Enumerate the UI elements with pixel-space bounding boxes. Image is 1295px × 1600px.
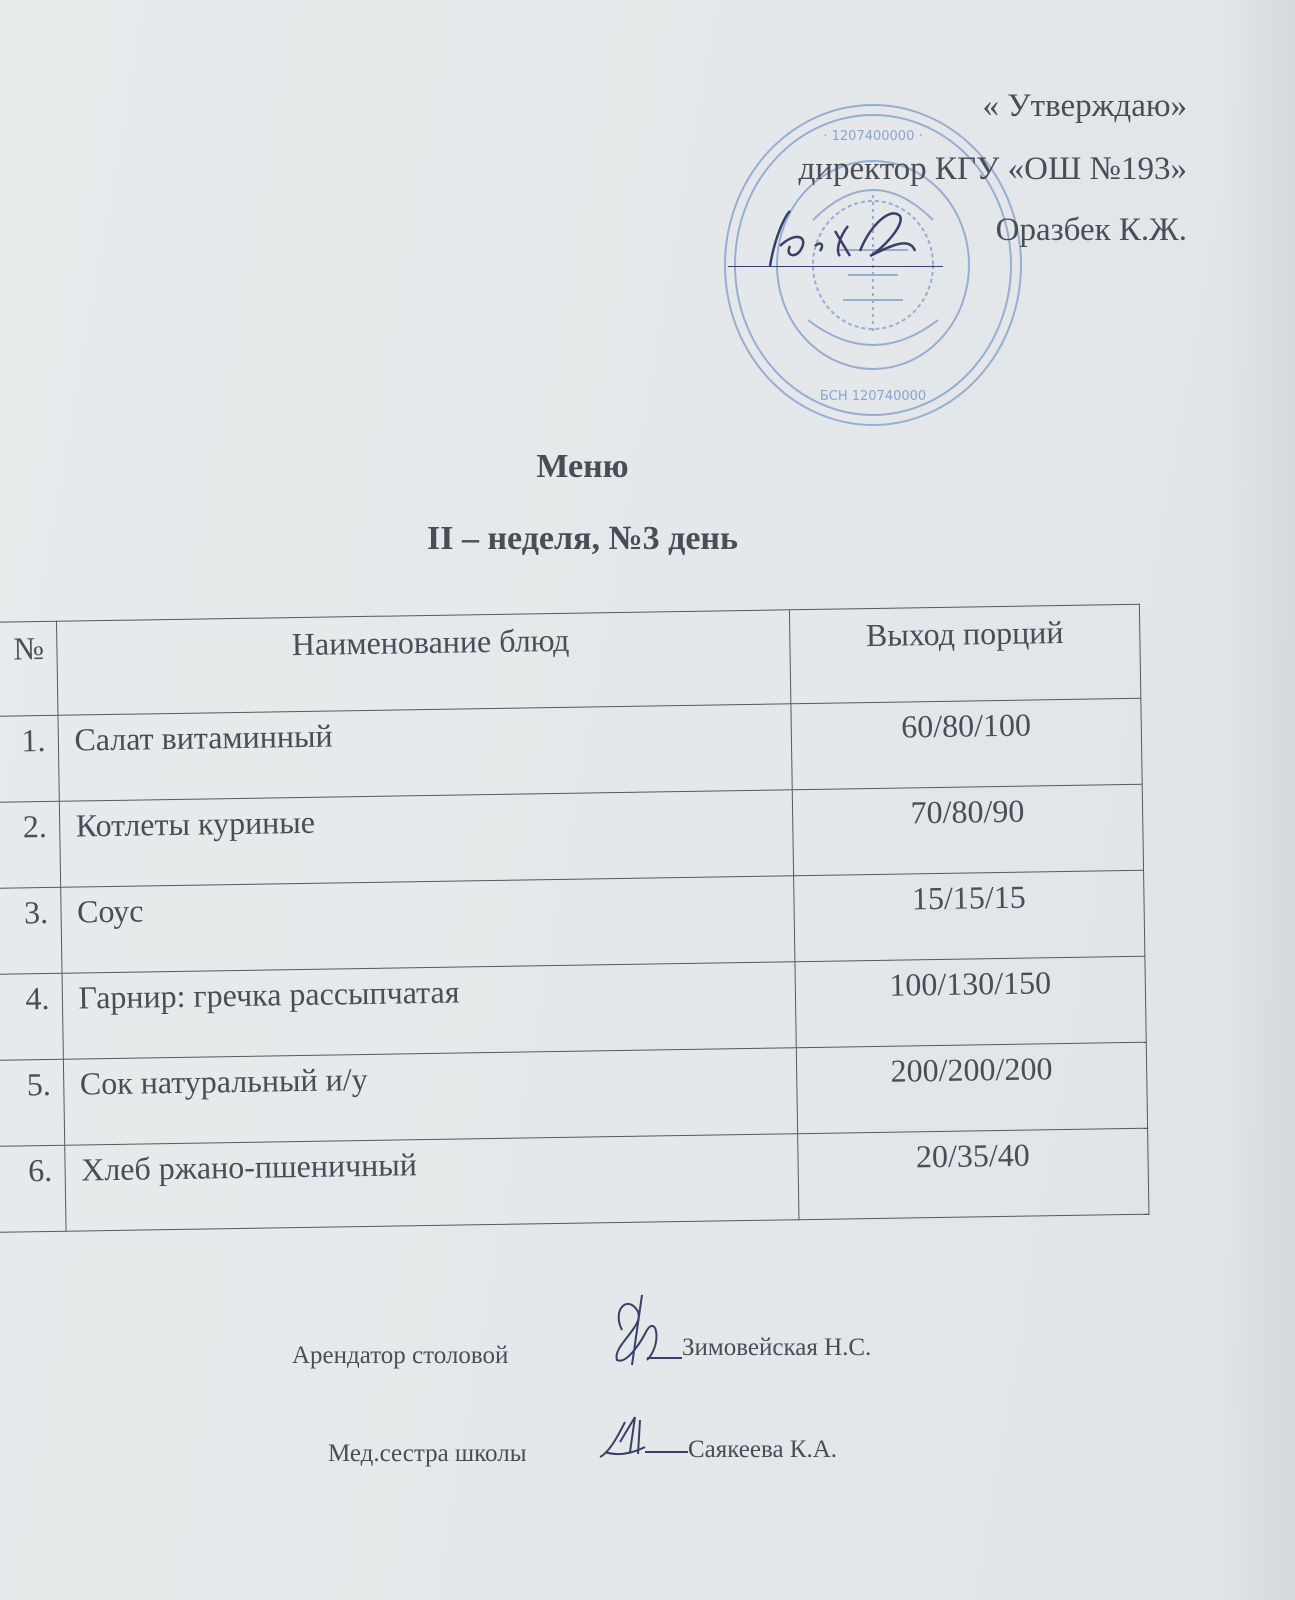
- portion-output: 70/80/90: [792, 784, 1144, 875]
- document-title: Меню: [0, 448, 1165, 486]
- row-number: 3.: [0, 887, 62, 974]
- row-number: 5.: [0, 1059, 64, 1146]
- row-number: 2.: [0, 801, 60, 888]
- signature-role: Мед.сестра школы: [328, 1440, 527, 1468]
- dish-name: Гарнир: гречка рассыпчатая: [62, 962, 796, 1060]
- approval-block: « Утверждаю» директор КГУ «ОШ №193» Ораз…: [799, 90, 1188, 275]
- table-row: 6. Хлеб ржано-пшеничный 20/35/40: [0, 1128, 1149, 1232]
- document-subtitle: II – неделя, №3 день: [0, 520, 1165, 558]
- dish-name: Салат витаминный: [58, 704, 792, 802]
- approval-director-name: Оразбек К.Ж.: [799, 214, 1188, 247]
- row-number: 4.: [0, 973, 63, 1060]
- portion-output: 200/200/200: [796, 1042, 1148, 1133]
- menu-table: № Наименование блюд Выход порций 1. Сала…: [0, 604, 1149, 1233]
- nurse-signature-icon: [590, 1412, 690, 1462]
- dish-name: Сок натуральный и/у: [63, 1048, 797, 1146]
- page-edge-shadow: [1225, 0, 1295, 1600]
- row-number: 1.: [0, 715, 59, 802]
- tenant-signature-icon: [602, 1290, 682, 1370]
- signature-name: Саякеева К.А.: [688, 1436, 837, 1464]
- signature-role: Арендатор столовой: [292, 1342, 508, 1370]
- row-number: 6.: [0, 1145, 66, 1232]
- table-header-row: № Наименование блюд Выход порций: [0, 604, 1141, 716]
- dish-name: Соус: [60, 876, 794, 974]
- portion-output: 15/15/15: [793, 870, 1145, 961]
- signature-school-nurse: Мед.сестра школы Саякеева К.А.: [328, 1440, 527, 1468]
- approval-heading: « Утверждаю»: [799, 90, 1188, 123]
- portion-output: 20/35/40: [797, 1128, 1149, 1219]
- dish-name: Хлеб ржано-пшеничный: [64, 1134, 798, 1232]
- column-header-portion: Выход порций: [789, 604, 1141, 703]
- dish-name: Котлеты куриные: [59, 790, 793, 888]
- signature-canteen-tenant: Арендатор столовой Зимовейская Н.С.: [292, 1342, 508, 1370]
- column-header-number: №: [0, 621, 58, 716]
- portion-output: 60/80/100: [791, 698, 1143, 789]
- signature-name: Зимовейская Н.С.: [682, 1334, 871, 1362]
- portion-output: 100/130/150: [795, 956, 1147, 1047]
- column-header-dish: Наименование блюд: [56, 610, 791, 716]
- approval-position: директор КГУ «ОШ №193»: [799, 153, 1188, 186]
